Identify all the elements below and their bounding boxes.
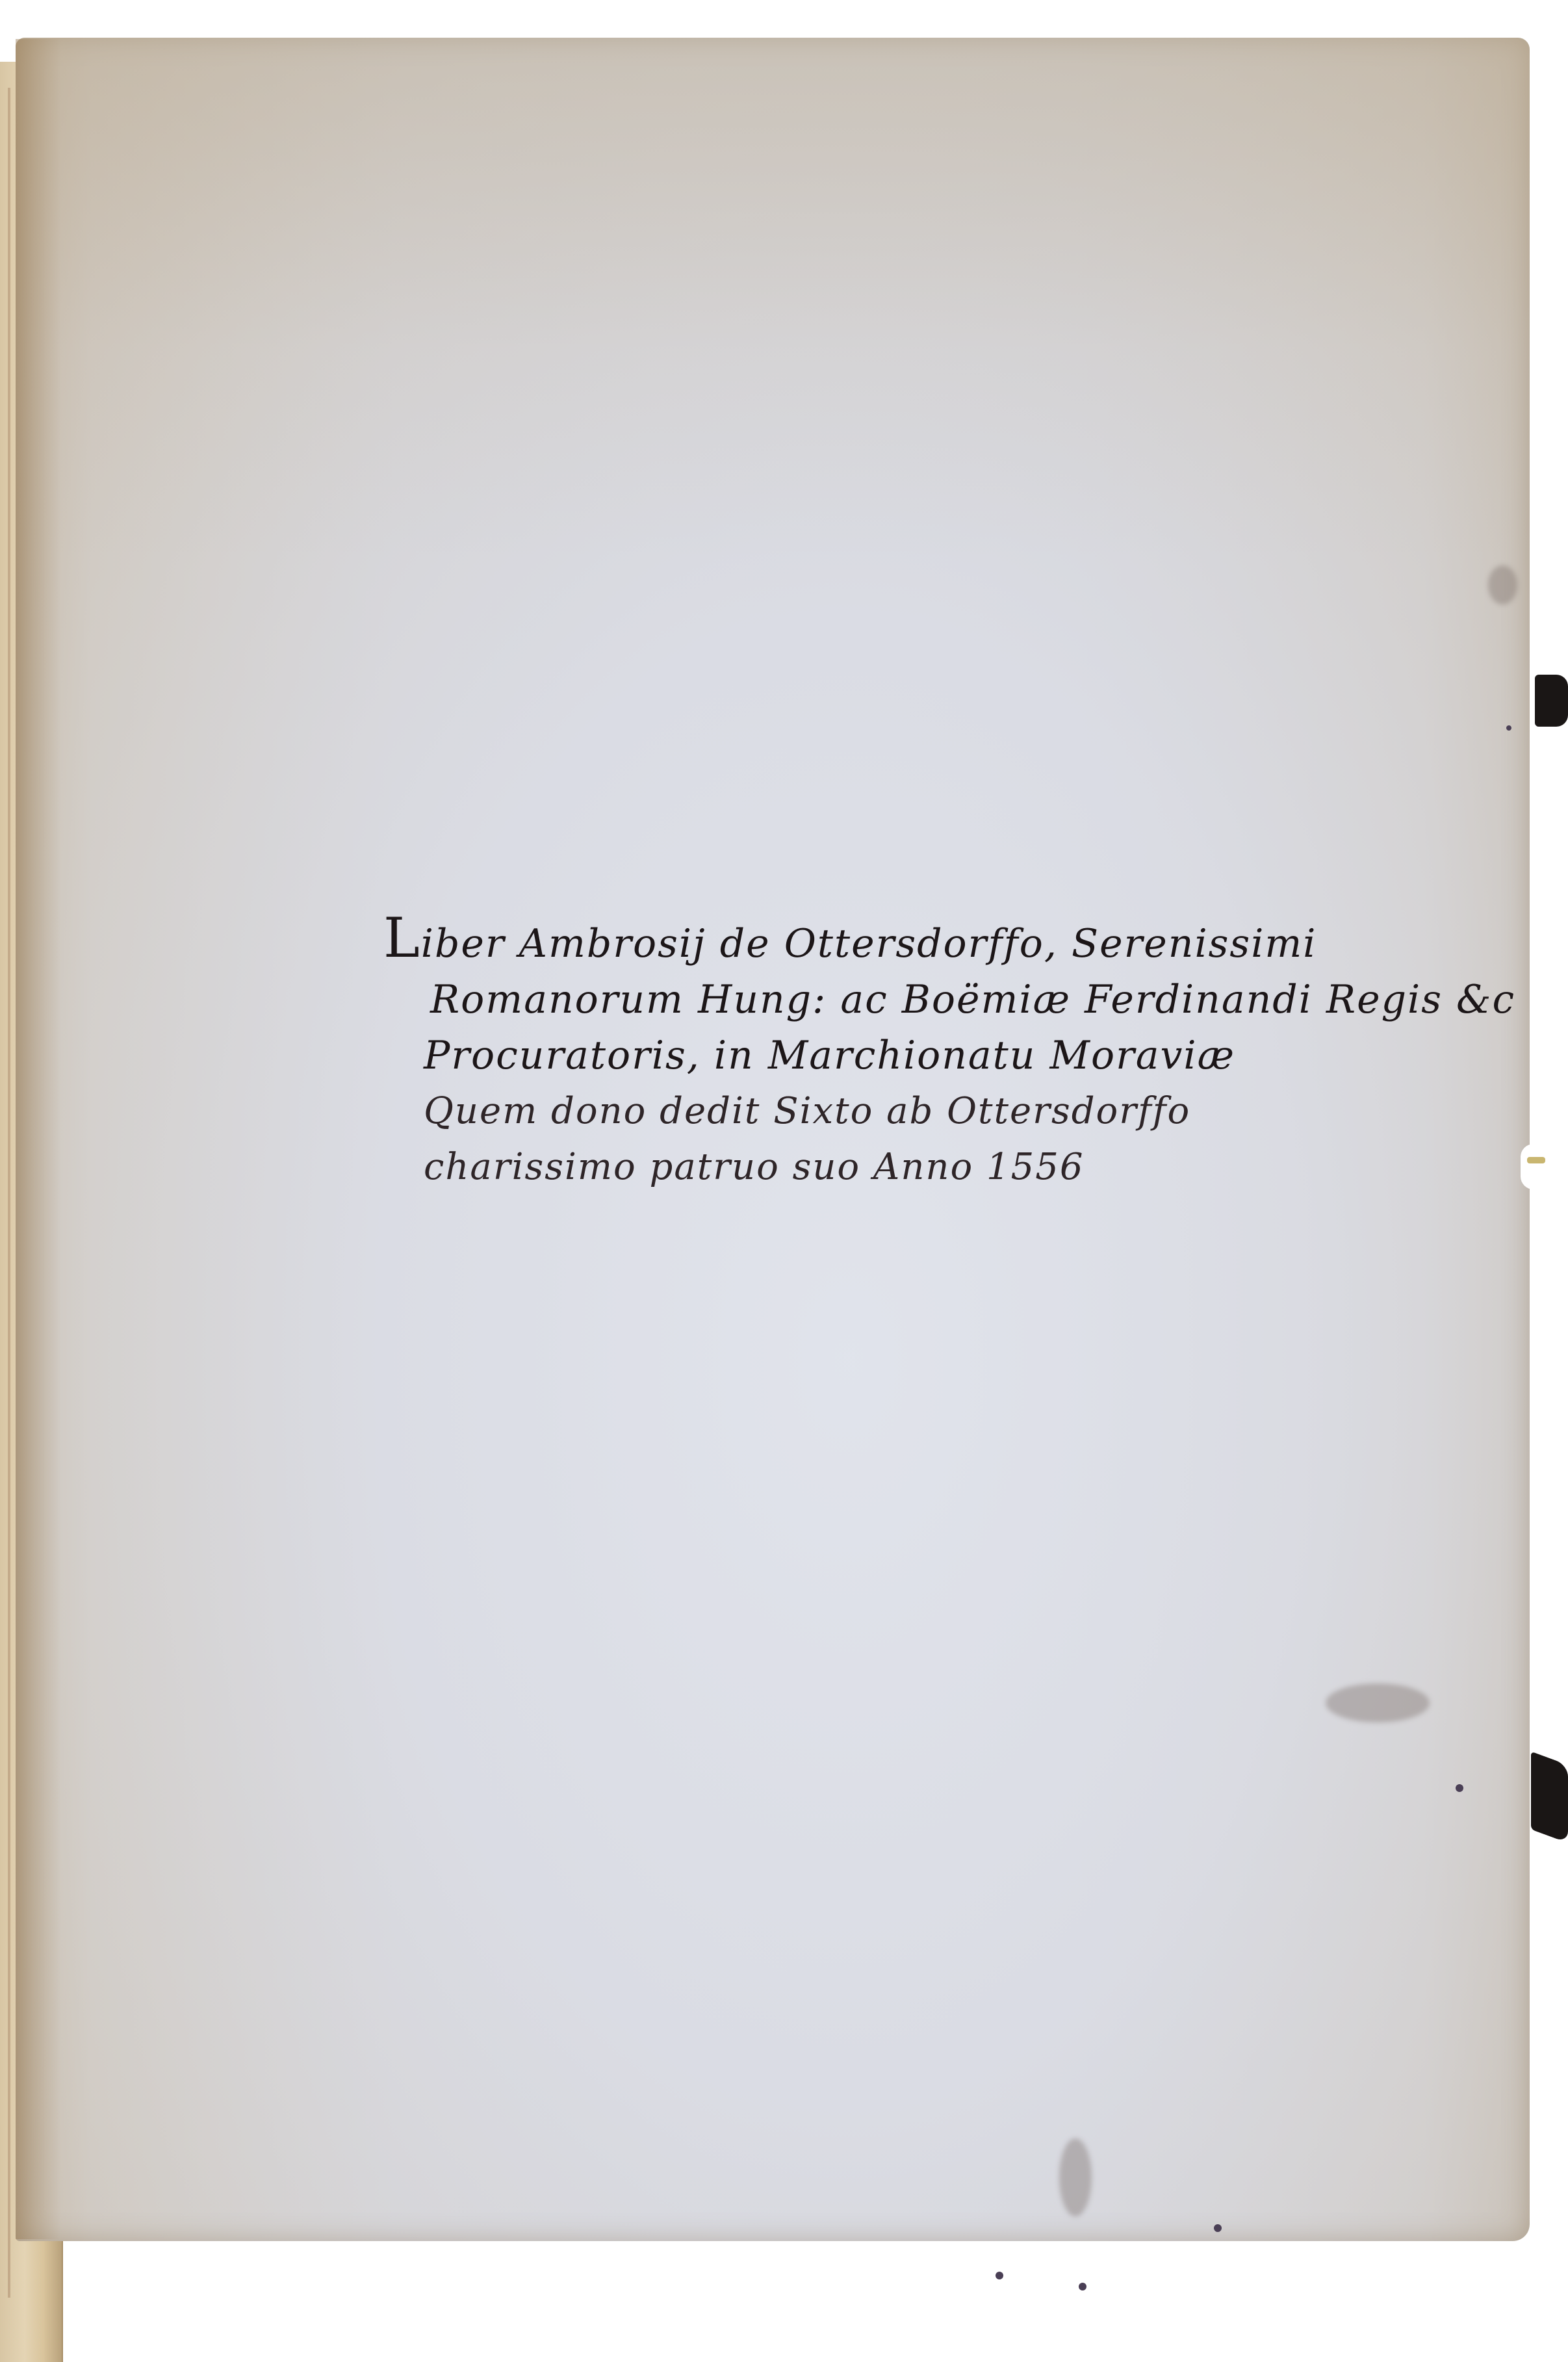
worm-hole — [996, 2272, 1003, 2279]
inscription-line-5: charissimo patruo suo Anno 1556 — [424, 1139, 1293, 1195]
ownership-inscription: Liber Ambrosij de Ottersdorffo, Sereniss… — [383, 910, 1293, 1195]
binding-thread — [1527, 1157, 1545, 1163]
edge-notch — [1521, 1144, 1540, 1189]
inscription-line-2: Romanorum Hung: ac Boëmiæ Ferdinandi Reg… — [430, 972, 1293, 1028]
stain-mark — [1059, 2138, 1092, 2216]
stain-mark — [1488, 565, 1517, 604]
stain-mark — [1326, 1683, 1430, 1722]
lower-clasp-tie — [1531, 1752, 1568, 1843]
inscription-line-4: Quem dono dedit Sixto ab Ottersdorffo — [424, 1084, 1293, 1139]
upper-clasp-tie — [1535, 675, 1568, 727]
inscription-line-3: Procuratoris, in Marchionatu Moraviæ — [424, 1028, 1293, 1084]
worm-hole — [1456, 1784, 1463, 1792]
initial-letter: L — [383, 906, 421, 970]
worm-hole — [1214, 2224, 1222, 2232]
worm-hole — [1079, 2283, 1086, 2291]
inscription-line-1: Liber Ambrosij de Ottersdorffo, Sereniss… — [383, 910, 1293, 972]
worm-hole — [1506, 725, 1511, 731]
inscription-line-1-rest: iber Ambrosij de Ottersdorffo, Serenissi… — [421, 921, 1317, 967]
